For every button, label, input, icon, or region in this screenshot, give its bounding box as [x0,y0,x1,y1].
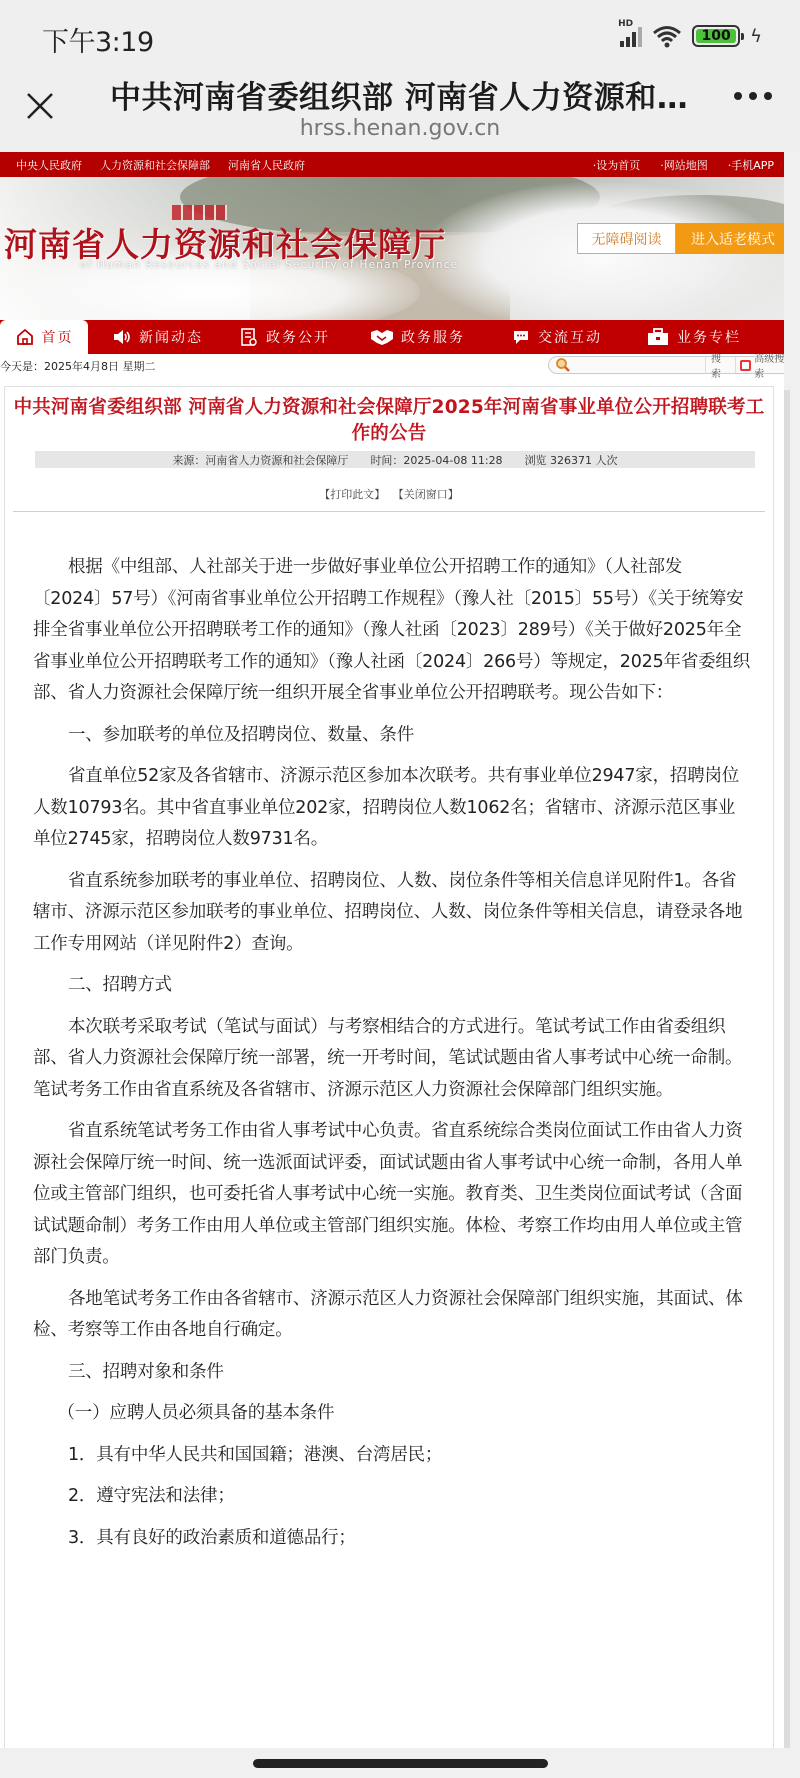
nav-news-label: 新闻动态 [139,327,203,347]
signal-icon: HD [620,25,642,47]
link-henan-gov[interactable]: 河南省人民政府 [228,157,305,173]
paragraph: 各地笔试考务工作由各省辖市、济源示范区人力资源社会保障部门组织实施，其面试、体检… [33,1284,751,1347]
advanced-search-label: 高级搜索 [754,350,784,380]
link-central-gov[interactable]: 中央人民政府 [16,157,82,173]
document-icon [239,327,259,347]
status-bar: 下午3:19 HD 100 ϟ [0,0,800,70]
link-sitemap[interactable]: ·网站地图 [660,157,708,173]
nav-gov-affairs-label: 政务公开 [266,327,330,347]
subsection-heading: （一）应聘人员必须具备的基本条件 [33,1398,751,1430]
nav-gov-affairs[interactable]: 政务公开 [239,320,330,354]
article-time: 时间：2025-04-08 11:28 [370,452,502,468]
web-page: 中央人民政府 人力资源和社会保障部 河南省人民政府 ·设为首页 ·网站地图 ·手… [0,152,784,1748]
browser-url[interactable]: hrss.henan.gov.cn [0,116,800,141]
advanced-search-button[interactable]: 高级搜索 [735,357,784,373]
current-date: 今天是：2025年4月8日 星期二 [0,358,156,374]
more-icon[interactable] [734,92,772,100]
browser-title-bar: 中共河南省委组织部 河南省人力资源和社会保障厅2025年河南省事业单位公开招聘联… [0,70,800,152]
article-actions: 【打印此文】 【关闭窗口】 [5,486,773,502]
site-name-english: of Human Resources and Social Security o… [80,259,458,271]
list-item: 1．具有中华人民共和国国籍；港澳、台湾居民； [33,1440,751,1472]
paragraph-intro: 根据《中组部、人社部关于进一步做好事业单位公开招聘工作的通知》（人社部发〔202… [33,552,751,710]
home-indicator[interactable] [253,1759,548,1768]
scrollbar[interactable] [784,390,790,1750]
hd-label: HD [618,19,633,29]
section-heading-3: 三、招聘对象和条件 [33,1357,751,1389]
paragraph: 省直单位52家及各省辖市、济源示范区参加本次联考。共有事业单位2947家，招聘岗… [33,761,751,856]
top-links-bar: 中央人民政府 人力资源和社会保障部 河南省人民政府 ·设为首页 ·网站地图 ·手… [0,152,784,177]
nav-interaction[interactable]: 交流互动 [511,320,602,354]
charging-icon: ϟ [750,26,762,47]
date-search-bar: 今天是：2025年4月8日 星期二 搜索 高级搜索 [0,354,784,376]
search-button[interactable]: 搜索 [705,357,735,373]
accessibility-reading-button[interactable]: 无障碍阅读 [577,223,676,254]
paragraph: 省直系统参加联考的事业单位、招聘岗位、人数、岗位条件等相关信息详见附件1。各省辖… [33,866,751,961]
section-heading-1: 一、参加联考的单位及招聘岗位、数量、条件 [33,720,751,752]
handshake-icon [370,327,394,347]
browser-page-title: 中共河南省委组织部 河南省人力资源和社会保障厅2025年河南省事业单位公开招聘联… [110,72,690,117]
link-mohrss[interactable]: 人力资源和社会保障部 [100,157,210,173]
advanced-search-icon [740,360,751,371]
article-container: 中共河南省委组织部 河南省人力资源和社会保障厅2025年河南省事业单位公开招聘联… [4,386,774,1748]
link-set-homepage[interactable]: ·设为首页 [593,157,641,173]
article-source: 来源：河南省人力资源和社会保障厅 [172,452,348,468]
nav-home[interactable]: 首页 [0,320,88,354]
wifi-icon [652,24,682,48]
nav-business-column[interactable]: 业务专栏 [646,320,741,354]
briefcase-icon [646,327,670,347]
site-banner: 河南省人力资源和社会保障厅 of Human Resources and Soc… [0,177,784,320]
banner-building [172,205,227,220]
gesture-bar [0,1748,800,1778]
speaker-icon [112,327,132,347]
link-mobile-app[interactable]: ·手机APP [728,157,774,173]
status-time: 下午3:19 [42,20,154,59]
home-icon [15,327,35,347]
nav-home-label: 首页 [42,327,74,347]
close-window-link[interactable]: 【关闭窗口】 [393,488,459,501]
elder-mode-button[interactable]: 进入适老模式 [676,223,784,254]
nav-gov-services-label: 政务服务 [401,327,465,347]
list-item: 2．遵守宪法和法律； [33,1481,751,1513]
nav-news[interactable]: 新闻动态 [112,320,203,354]
nav-interaction-label: 交流互动 [538,327,602,347]
main-nav: 首页 新闻动态 政务公开 政务服务 交流互动 业务专栏 [0,320,784,354]
nav-business-column-label: 业务专栏 [677,327,741,347]
article-meta: 来源：河南省人力资源和社会保障厅 时间：2025-04-08 11:28 浏览 … [35,451,755,468]
paragraph: 本次联考采取考试（笔试与面试）与考察相结合的方式进行。笔试考试工作由省委组织部、… [33,1012,751,1107]
section-heading-2: 二、招聘方式 [33,970,751,1002]
article-body: 根据《中组部、人社部关于进一步做好事业单位公开招聘工作的通知》（人社部发〔202… [5,512,773,1554]
print-article-link[interactable]: 【打印此文】 [319,488,385,501]
site-search: 搜索 高级搜索 [548,356,784,374]
battery-icon: 100 [692,25,740,47]
nav-gov-services[interactable]: 政务服务 [370,320,465,354]
search-icon [555,357,571,373]
battery-level: 100 [696,29,736,43]
chat-icon [511,327,531,347]
page-right-gutter [784,152,800,1748]
search-input[interactable] [573,358,705,372]
list-item: 3．具有良好的政治素质和道德品行； [33,1523,751,1555]
paragraph: 省直系统笔试考务工作由省人事考试中心负责。省直系统综合类岗位面试工作由省人力资源… [33,1116,751,1274]
article-title: 中共河南省委组织部 河南省人力资源和社会保障厅2025年河南省事业单位公开招聘联… [5,387,773,447]
article-views: 浏览 326371 人次 [525,452,618,468]
status-icons: HD 100 ϟ [620,24,762,48]
